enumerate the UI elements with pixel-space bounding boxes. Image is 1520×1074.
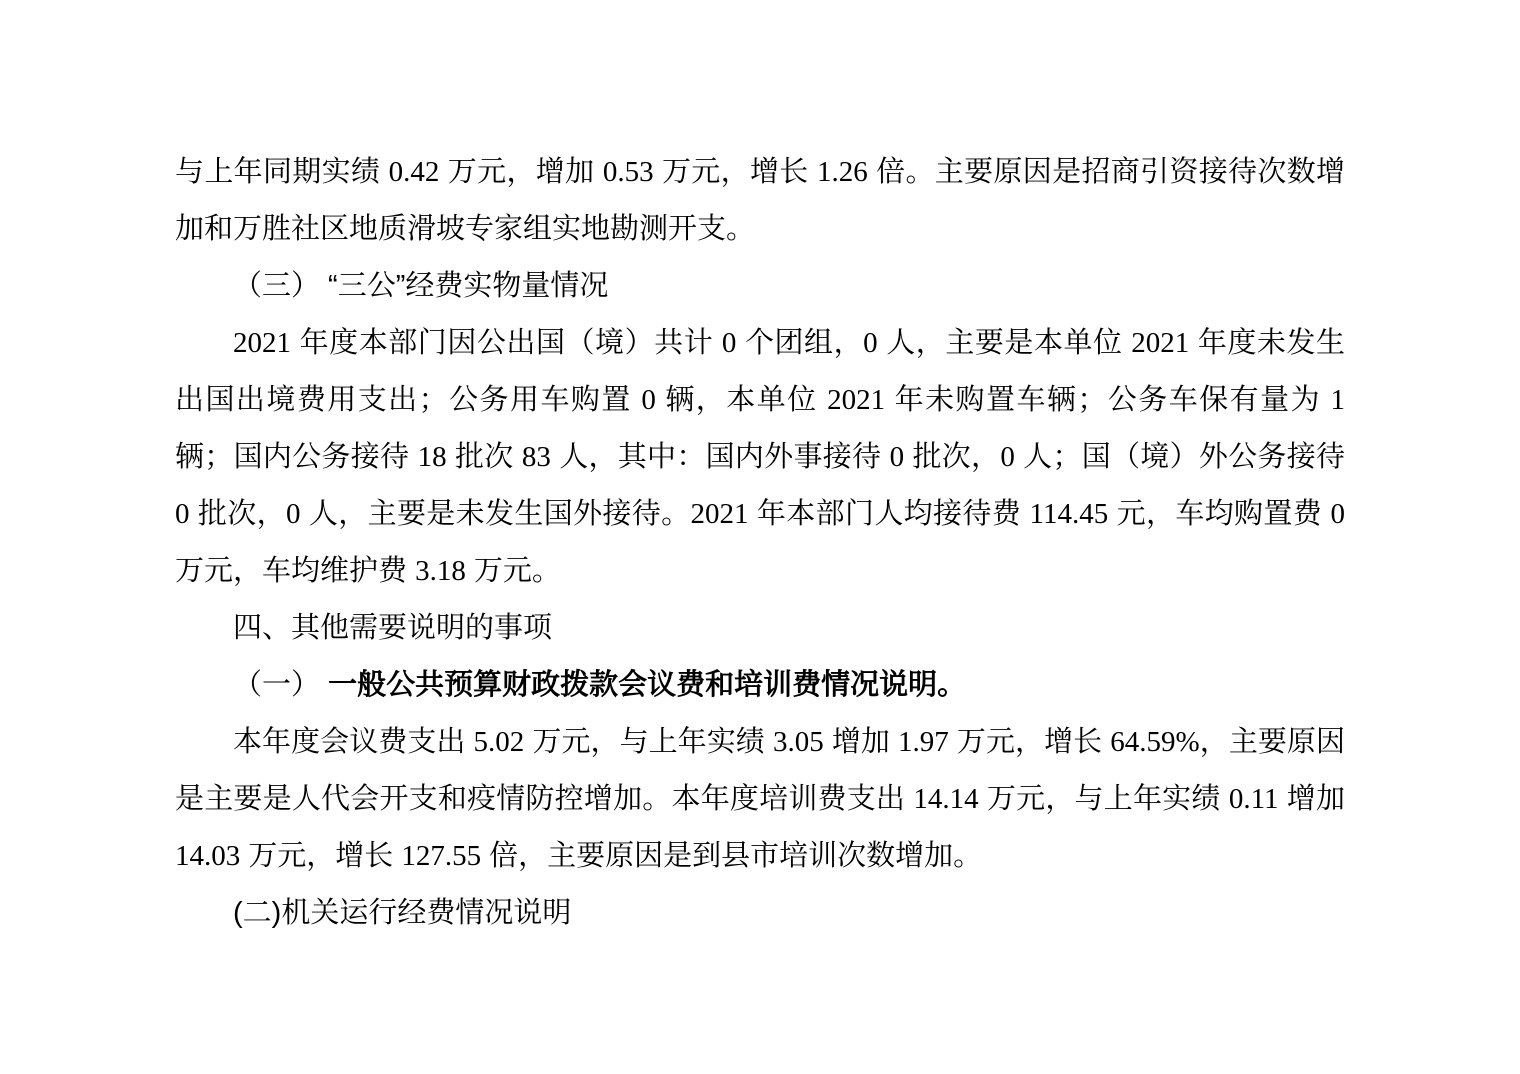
numeric-value: 0 [1000,441,1015,473]
numeric-value: 3.18 [415,555,466,587]
numeric-value: 18 [418,441,447,473]
numeric-value: 0.42 [389,156,440,188]
numeric-value: 0 [641,384,656,416]
heading-item-one-prefix: （一） [233,669,328,701]
numeric-value: 2021 [827,384,885,416]
paragraph-three-public-detail: 2021 年度本部门因公出国（境）共计 0 个团组，0 人，主要是本单位 202… [175,315,1345,600]
numeric-value: 1.97 [898,726,949,758]
numeric-value: 0 [722,327,737,359]
numeric-value: 64.59% [1110,726,1199,758]
numeric-value: 114.45 [1030,498,1109,530]
numeric-value: 2021 [233,327,291,359]
numeric-value: 2021 [1131,327,1189,359]
document-page: 与上年同期实绩 0.42 万元，增加 0.53 万元，增长 1.26 倍。主要原… [0,0,1520,1074]
heading-item-two: (二)机关运行经费情况说明 [175,885,1345,942]
numeric-value: 14.03 [175,840,240,872]
numeric-value: 0 [863,327,878,359]
paragraph-meeting-training-detail: 本年度会议费支出 5.02 万元，与上年实绩 3.05 增加 1.97 万元，增… [175,714,1345,885]
heading-section-three: （三） “三公”经费实物量情况 [175,258,1345,315]
heading-section-four: 四、其他需要说明的事项 [175,600,1345,657]
numeric-value: 0.53 [603,156,654,188]
numeric-value: 0 [1331,498,1346,530]
paragraph-continuation: 与上年同期实绩 0.42 万元，增加 0.53 万元，增长 1.26 倍。主要原… [175,144,1345,258]
numeric-value: 14.14 [913,783,978,815]
numeric-value: 3.05 [773,726,824,758]
numeric-value: 1.26 [817,156,868,188]
numeric-value: 5.02 [474,726,525,758]
numeric-value: 0 [890,441,905,473]
numeric-value: 0.11 [1229,783,1279,815]
numeric-value: 0 [286,498,301,530]
numeric-value: 0 [175,498,190,530]
numeric-value: 83 [522,441,551,473]
numeric-value: 2021 [691,498,749,530]
heading-item-one-title: 一般公共预算财政拨款会议费和培训费情况说明。 [328,669,966,701]
numeric-value: 1 [1331,384,1346,416]
numeric-value: 127.55 [401,840,481,872]
heading-item-one: （一） 一般公共预算财政拨款会议费和培训费情况说明。 [175,657,1345,714]
